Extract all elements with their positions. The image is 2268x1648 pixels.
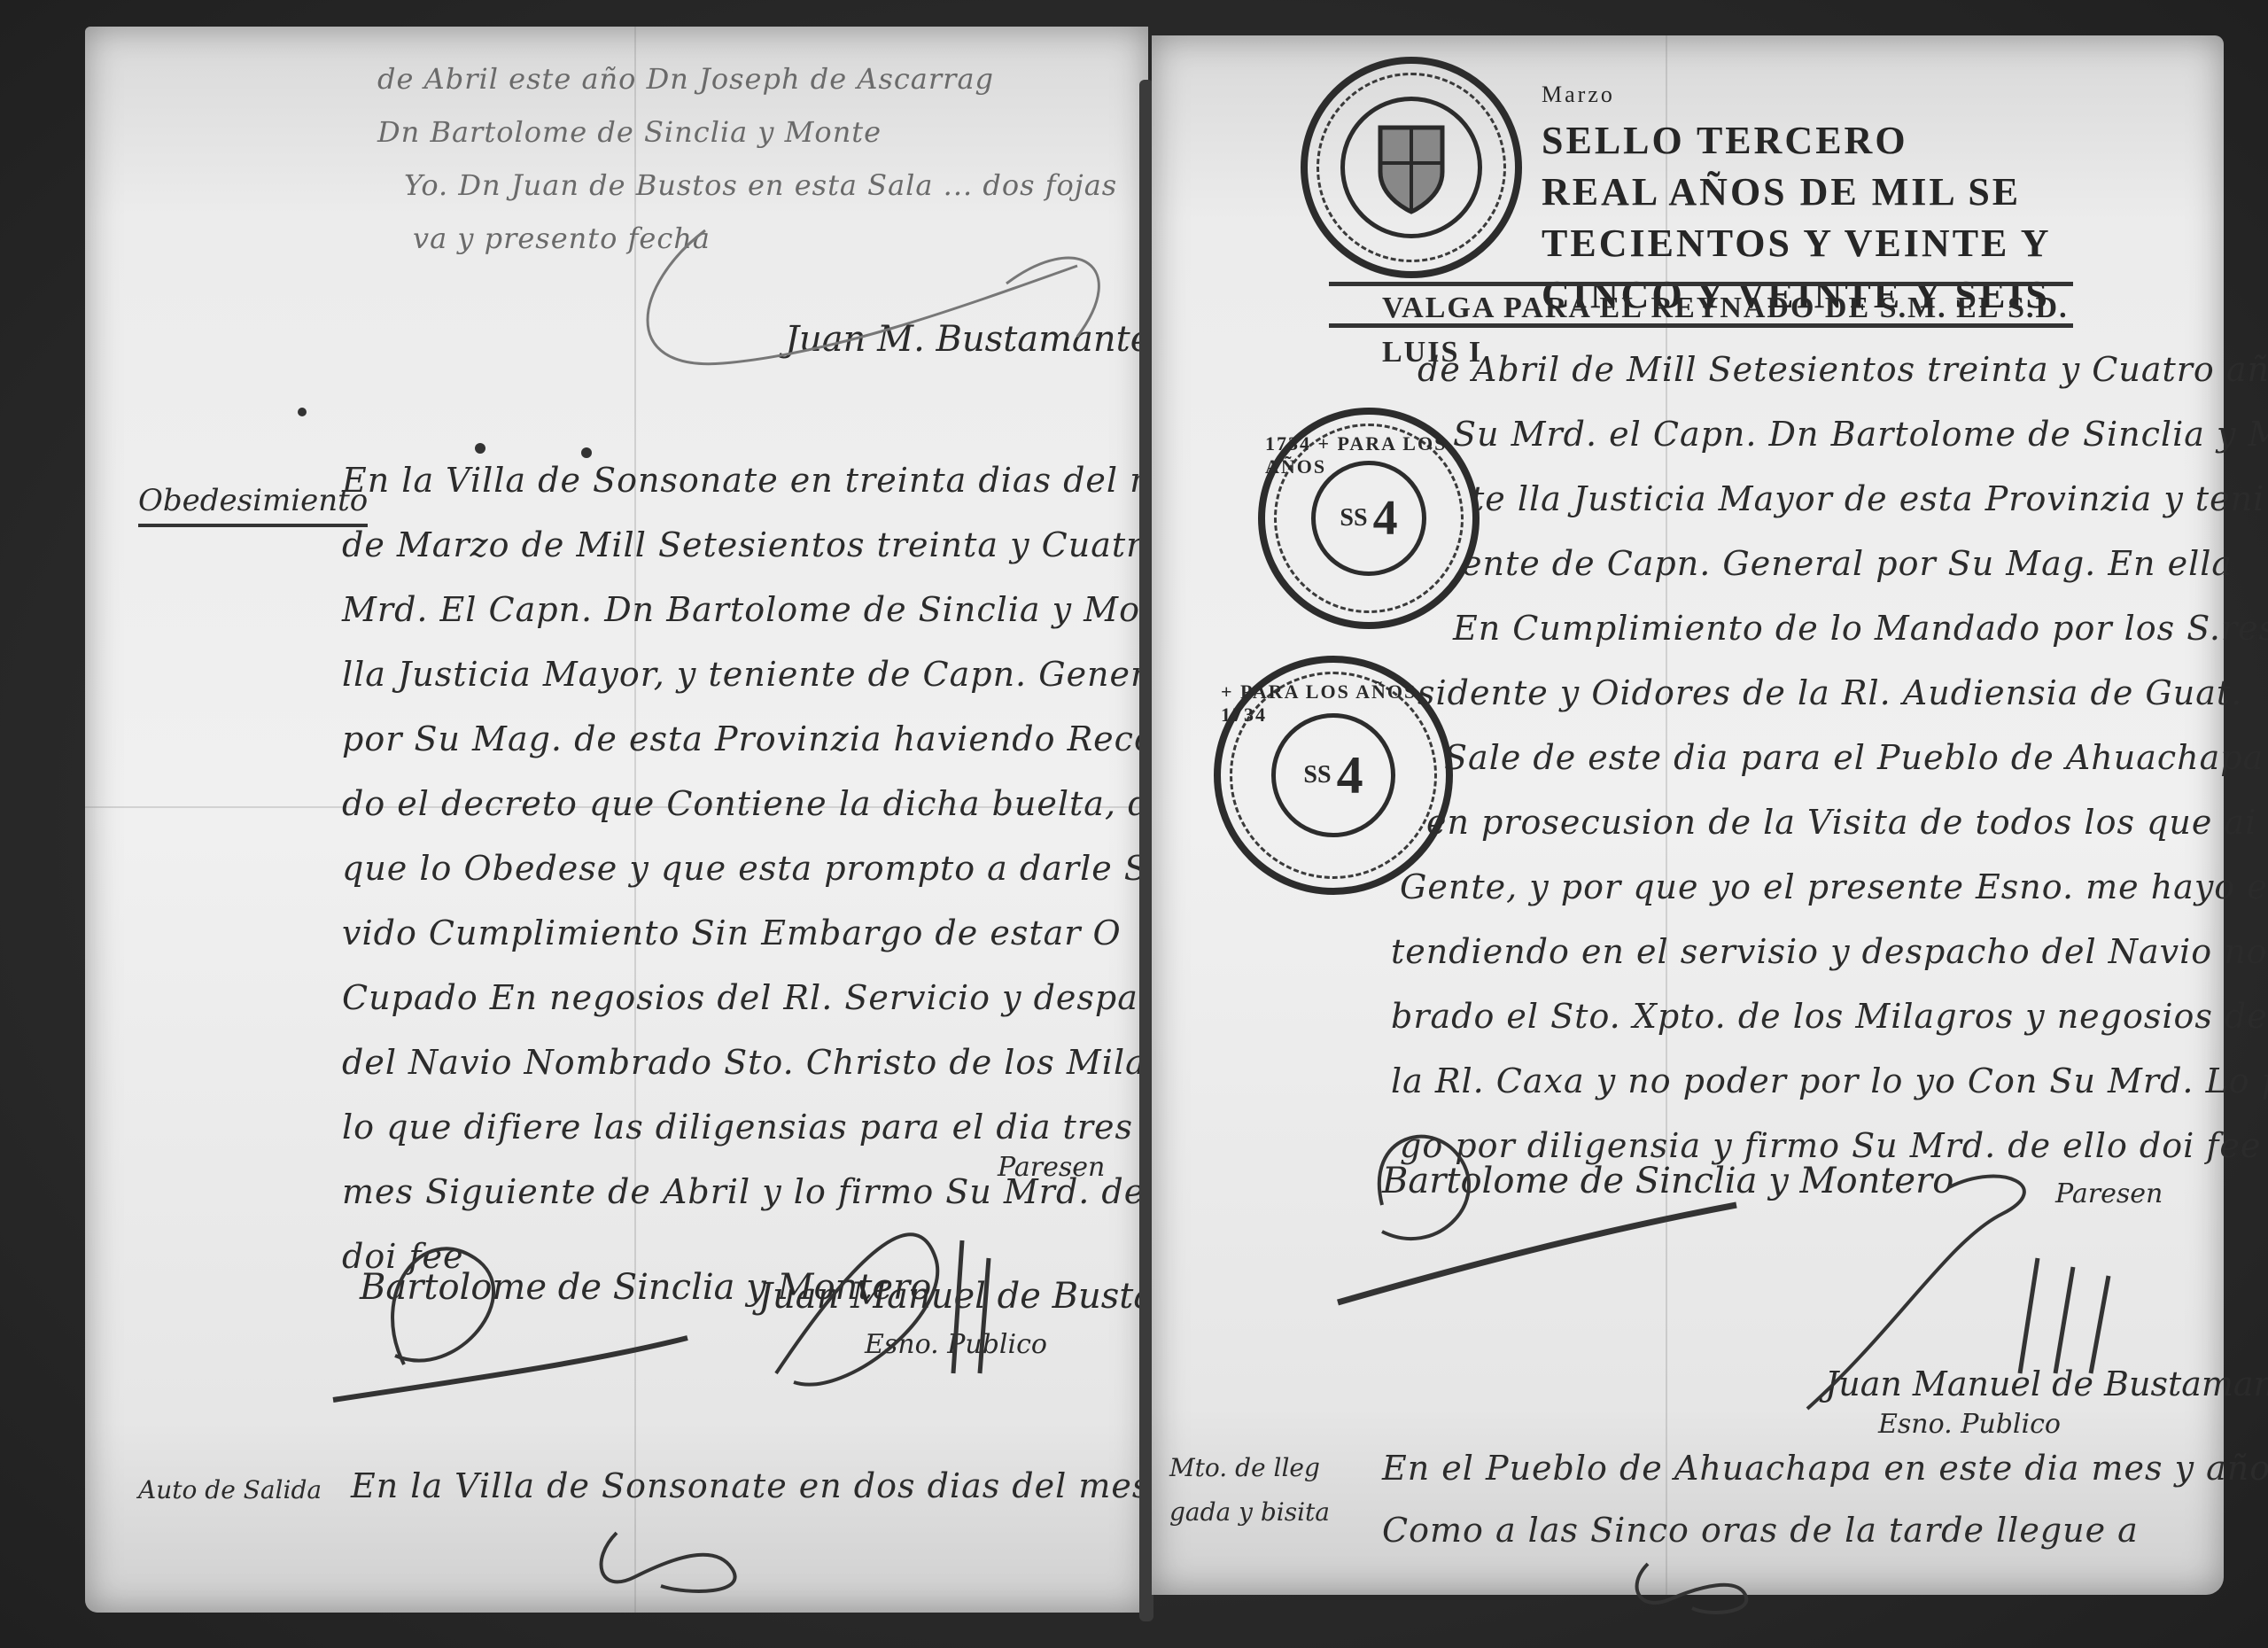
witness-word: Paresen (998, 1152, 1105, 1183)
body-line: En la Villa de Sonsonate en treinta dias… (342, 461, 1201, 500)
body-line: tendiendo en el servisio y despacho del … (1391, 932, 2268, 971)
stamped-paper-line: TECIENTOS Y VEINTE Y (1542, 218, 2052, 269)
body-line: sidente y Oidores de la Rl. Audiensia de… (1417, 673, 2242, 712)
stamped-paper-line: REAL AÑOS DE MIL SE (1542, 167, 2021, 218)
body-line: por Su Mag. de esta Provinzia haviendo R… (342, 719, 1177, 758)
flourish-icon (581, 1524, 758, 1604)
ink-spot (475, 443, 485, 454)
body-line: te lla Justicia Mayor de esta Provinzia … (1471, 479, 2264, 518)
body-line: En el Pueblo de Ahuachapa en este dia me… (1382, 1449, 2268, 1488)
body-line: la Rl. Caxa y no poder por lo yo Con Su … (1391, 1061, 2268, 1100)
body-line: Sale de este dia para el Pueblo de Ahuac… (1444, 738, 2264, 777)
margin-note-llegada: Mto. de lleg (1169, 1453, 1320, 1482)
margin-note-auto-de-salida: Auto de Salida (138, 1475, 322, 1504)
body-line: do el decreto que Contiene la dicha buel… (342, 784, 1162, 823)
header-line: de Abril este año Dn Joseph de Ascarrag (377, 62, 994, 96)
body-line: vido Cumplimiento Sin Embargo de estar O (342, 913, 1122, 952)
ink-spot (298, 408, 307, 416)
body-line: En Cumplimiento de lo Mandado por los S.… (1453, 609, 2268, 648)
header-line: Dn Bartolome de Sinclia y Monte (377, 115, 882, 149)
flourish-icon (1621, 1559, 1763, 1621)
stamp-band: VALGA PARA EL REYNADO DE S.M. EL S.D. LU… (1329, 282, 2073, 328)
margin-heading: Obedesimiento (138, 483, 368, 527)
body-line: lo que difiere las diligensias para el d… (342, 1108, 1200, 1147)
stamp-header-small: Marzo (1542, 69, 1615, 120)
revalidation-seal-1: 1734 + PARA LOS AÑOS SS 4 (1258, 408, 1480, 629)
body-line: Gente, y por que yo el presente Esno. me… (1400, 867, 2268, 906)
body-line: lla Justicia Mayor, y teniente de Capn. … (342, 655, 1180, 694)
body-line: de Marzo de Mill Setesientos treinta y C… (342, 525, 1267, 564)
body-line: en prosecusion de la Visita de todos los… (1426, 803, 2256, 842)
body-line: Cupado En negosios del Rl. Servicio y de… (342, 978, 1202, 1017)
seal-outer-text: + PARA LOS AÑOS 1734 (1221, 680, 1446, 727)
body-line: En la Villa de Sonsonate en dos dias del… (351, 1466, 1150, 1505)
body-line: Mrd. El Capn. Dn Bartolome de Sinclia y … (342, 590, 1198, 629)
body-line: Su Mrd. el Capn. Dn Bartolome de Sinclia… (1453, 415, 2268, 454)
signature-flourish-icon (1329, 1108, 2215, 1444)
body-line: de Abril de Mill Setesientos treinta y C… (1417, 350, 2268, 389)
body-line: ente de Capn. General por Su Mag. En ell… (1462, 544, 2233, 583)
signature-flourish-icon (315, 1205, 1113, 1435)
seal-ring (1317, 73, 1506, 262)
royal-seal-stamp (1301, 57, 1522, 278)
body-line: Como a las Sinco oras de la tarde llegue… (1382, 1511, 2139, 1550)
ink-spot (581, 447, 592, 458)
margin-note-llegada: gada y bisita (1169, 1497, 1330, 1527)
signature-flourish-icon (581, 213, 1148, 390)
left-page: de Abril este año Dn Joseph de Ascarrag … (85, 27, 1148, 1613)
seal-outer-text: 1734 + PARA LOS AÑOS (1265, 432, 1472, 478)
stamped-paper-line: SELLO TERCERO (1542, 115, 1908, 167)
header-line: Yo. Dn Juan de Bustos en esta Sala ... d… (404, 168, 1117, 202)
body-line: brado el Sto. Xpto. de los Milagros y ne… (1391, 997, 2268, 1036)
body-line: que lo Obedese y que esta prompto a darl… (342, 849, 1225, 888)
